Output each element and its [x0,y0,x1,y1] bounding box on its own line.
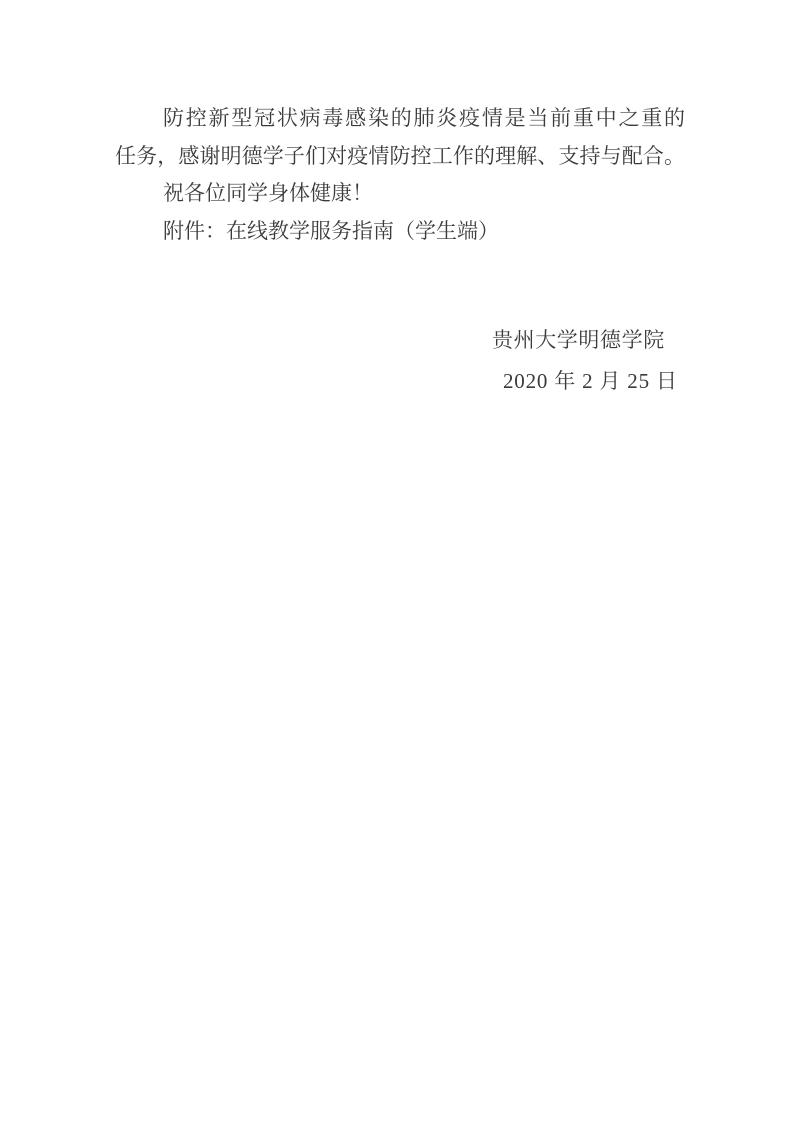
body-line-attachment: 附件：在线教学服务指南（学生端） [115,213,685,251]
body-line-wish: 祝各位同学身体健康！ [115,175,685,213]
body-line: 任务，感谢明德学子们对疫情防控工作的理解、支持与配合。 [115,138,685,176]
document-page: 防控新型冠状病毒感染的肺炎疫情是当前重中之重的 任务，感谢明德学子们对疫情防控工… [0,0,793,1122]
letter-body: 防控新型冠状病毒感染的肺炎疫情是当前重中之重的 任务，感谢明德学子们对疫情防控工… [115,100,685,250]
signature-date: 2020 年 2 月 25 日 [503,369,678,393]
signature-organization: 贵州大学明德学院 [492,328,665,352]
body-line: 防控新型冠状病毒感染的肺炎疫情是当前重中之重的 [115,100,685,138]
